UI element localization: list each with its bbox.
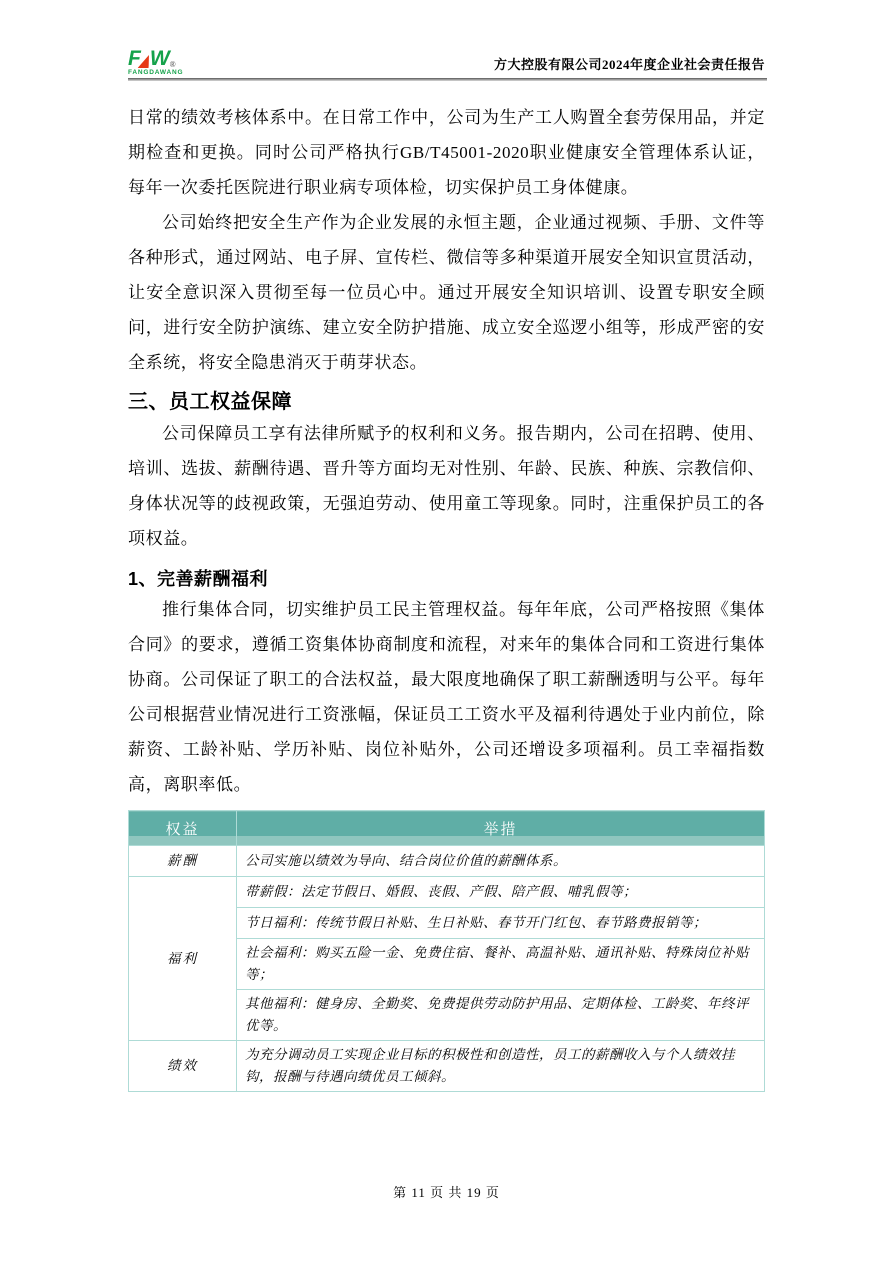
- table-row: 薪酬 公司实施以绩效为导向、结合岗位价值的薪酬体系。: [129, 846, 765, 877]
- benefits-table: 权益 举措 薪酬 公司实施以绩效为导向、结合岗位价值的薪酬体系。 福利 带薪假：…: [128, 810, 765, 1092]
- paragraph-continued: 日常的绩效考核体系中。在日常工作中，公司为生产工人购置全套劳保用品，并定期检查和…: [128, 100, 765, 205]
- measure-cell: 社会福利：购买五险一金、免费住宿、餐补、高温补贴、通讯补贴、特殊岗位补贴等；: [237, 939, 765, 990]
- registered-trademark-icon: ®: [170, 61, 176, 69]
- table-row: 绩效 为充分调动员工实现企业目标的积极性和创造性，员工的薪酬收入与个人绩效挂钩，…: [129, 1041, 765, 1092]
- header-divider: [128, 78, 767, 81]
- column-header-rights: 权益: [129, 811, 237, 846]
- column-header-measures: 举措: [237, 811, 765, 846]
- subsection-heading-compensation: 1、完善薪酬福利: [128, 566, 765, 592]
- page-content: 日常的绩效考核体系中。在日常工作中，公司为生产工人购置全套劳保用品，并定期检查和…: [128, 100, 765, 1092]
- measure-cell: 其他福利：健身房、全勤奖、免费提供劳动防护用品、定期体检、工龄奖、年终评优等。: [237, 990, 765, 1041]
- document-title: 方大控股有限公司2024年度企业社会责任报告: [494, 54, 765, 73]
- measure-cell: 为充分调动员工实现企业目标的积极性和创造性，员工的薪酬收入与个人绩效挂钩，报酬与…: [237, 1041, 765, 1092]
- category-cell-salary: 薪酬: [129, 846, 237, 877]
- table-header-row: 权益 举措: [129, 811, 765, 846]
- measure-cell: 节日福利：传统节假日补贴、生日补贴、春节开门红包、春节路费报销等；: [237, 908, 765, 939]
- logo-letter-w: W: [150, 48, 169, 69]
- logo-letter-f: F: [128, 48, 140, 69]
- category-cell-performance: 绩效: [129, 1041, 237, 1092]
- page-number: 第 11 页 共 19 页: [0, 1183, 893, 1203]
- page-header: F W ® FANGDAWANG 方大控股有限公司2024年度企业社会责任报告: [128, 44, 765, 80]
- measure-cell: 公司实施以绩效为导向、结合岗位价值的薪酬体系。: [237, 846, 765, 877]
- logo-mark: F W ®: [128, 48, 183, 69]
- paragraph-rights: 公司保障员工享有法律所赋予的权利和义务。报告期内，公司在招聘、使用、培训、选拔、…: [128, 416, 765, 556]
- company-logo: F W ® FANGDAWANG: [128, 48, 183, 77]
- paragraph-safety: 公司始终把安全生产作为企业发展的永恒主题，企业通过视频、手册、文件等各种形式，通…: [128, 205, 765, 380]
- report-page: F W ® FANGDAWANG 方大控股有限公司2024年度企业社会责任报告 …: [0, 0, 893, 1263]
- paragraph-compensation: 推行集体合同，切实维护员工民主管理权益。每年年底，公司严格按照《集体合同》的要求…: [128, 592, 765, 802]
- section-heading-employee-rights: 三、员工权益保障: [128, 388, 765, 416]
- category-cell-welfare: 福利: [129, 877, 237, 1041]
- logo-subtext: FANGDAWANG: [128, 70, 183, 77]
- table-row: 福利 带薪假：法定节假日、婚假、丧假、产假、陪产假、哺乳假等；: [129, 877, 765, 908]
- measure-cell: 带薪假：法定节假日、婚假、丧假、产假、陪产假、哺乳假等；: [237, 877, 765, 908]
